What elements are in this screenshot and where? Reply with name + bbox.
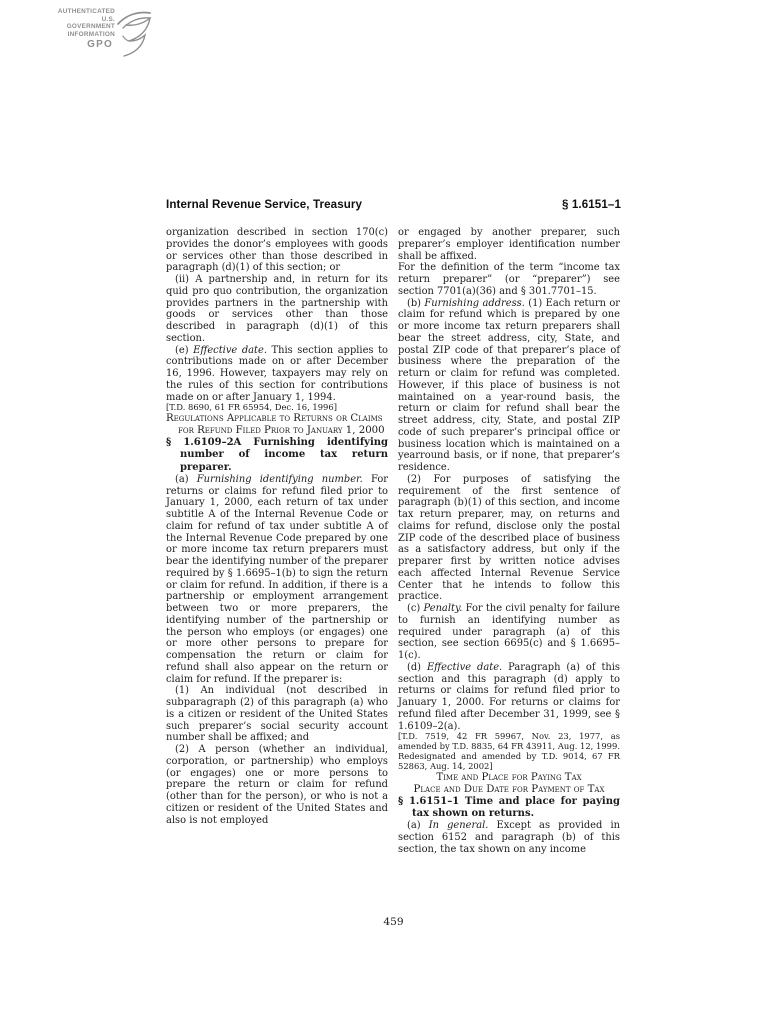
paragraph: (c) Penalty. For the civil penalty for f… — [398, 603, 620, 662]
paragraph-lead: Penalty. — [424, 603, 463, 614]
gpo-acronym: GPO — [57, 41, 115, 49]
paragraph: (b) Furnishing address. (1) Each return … — [398, 298, 620, 474]
paragraph-lead: Effective date. — [427, 662, 502, 673]
paragraph: (2) A person (whether an individual, cor… — [166, 744, 388, 826]
paragraph: (d) Effective date. Paragraph (a) of thi… — [398, 662, 620, 733]
section-heading: § 1.6151–1 Time and place for paying tax… — [398, 796, 620, 820]
paragraph-text: For returns or claims for refund filed p… — [166, 474, 388, 685]
paragraph-text: (ii) A partnership and, in return for it… — [166, 274, 388, 344]
note-paragraph: For the definition of the term “income t… — [398, 262, 620, 297]
right-column: or engaged by another preparer, such pre… — [398, 227, 620, 856]
center-heading: Time and Place for Paying Tax — [398, 772, 620, 784]
page-number: 459 — [166, 916, 621, 928]
gpo-logo: AUTHENTICATED U.S. GOVERNMENT INFORMATIO… — [57, 8, 152, 59]
paragraph: (1) An individual (not described in subp… — [166, 685, 388, 744]
header-left-title: Internal Revenue Service, Treasury — [166, 198, 362, 211]
gpo-eagle-icon — [116, 9, 152, 59]
paragraph-continuation: or engaged by another preparer, such pre… — [398, 227, 620, 262]
paragraph-label: (d) — [407, 662, 427, 673]
citation: [T.D. 7519, 42 FR 59967, Nov. 23, 1977, … — [398, 732, 620, 772]
paragraph-label: (a) — [175, 474, 197, 485]
section-heading: § 1.6109–2A Furnishing identifying numbe… — [166, 437, 388, 474]
paragraph-lead: Furnishing identifying number. — [197, 474, 363, 485]
header-right-section: § 1.6151–1 — [562, 198, 621, 211]
paragraph-continuation: organization described in section 170(c)… — [166, 227, 388, 274]
paragraph-text: (1) An individual (not described in subp… — [166, 685, 388, 743]
cfr-document-page: AUTHENTICATED U.S. GOVERNMENT INFORMATIO… — [0, 0, 770, 1024]
running-header: Internal Revenue Service, Treasury § 1.6… — [166, 198, 621, 211]
paragraph-text: organization described in section 170(c)… — [166, 227, 388, 273]
paragraph: (a) Furnishing identifying number. For r… — [166, 474, 388, 686]
paragraph-text: or engaged by another preparer, such pre… — [398, 227, 620, 262]
gpo-information-line: INFORMATION — [57, 31, 115, 39]
paragraph-label: (a) — [407, 820, 429, 831]
gpo-logo-text: AUTHENTICATED U.S. GOVERNMENT INFORMATIO… — [57, 8, 115, 49]
paragraph-text: (1) Each return or claim for refund whic… — [398, 298, 620, 474]
smallcaps-heading: Regulations Applicable to Returns or Cla… — [166, 413, 388, 437]
paragraph: (2) For purposes of satisfying the requi… — [398, 474, 620, 603]
paragraph-label: (c) — [407, 603, 424, 614]
paragraph: (a) In general. Except as provided in se… — [398, 820, 620, 855]
paragraph-lead: In general. — [429, 820, 489, 831]
citation: [T.D. 8690, 61 FR 65954, Dec. 16, 1996] — [166, 403, 388, 413]
left-column: organization described in section 170(c)… — [166, 227, 388, 826]
gpo-authenticated-line: AUTHENTICATED — [57, 8, 115, 16]
center-heading: Place and Due Date for Payment of Tax — [398, 784, 620, 796]
paragraph-label: (b) — [407, 298, 424, 309]
paragraph: (e) Effective date. This section applies… — [166, 345, 388, 404]
paragraph-label: (e) — [175, 345, 193, 356]
paragraph: (ii) A partnership and, in return for it… — [166, 274, 388, 345]
paragraph-lead: Furnishing address. — [424, 298, 524, 309]
gpo-government-line: U.S. GOVERNMENT — [57, 16, 115, 31]
paragraph-text: (2) A person (whether an individual, cor… — [166, 744, 388, 826]
paragraph-lead: Effective date. — [193, 345, 267, 356]
paragraph-text: (2) For purposes of satisfying the requi… — [398, 474, 620, 603]
